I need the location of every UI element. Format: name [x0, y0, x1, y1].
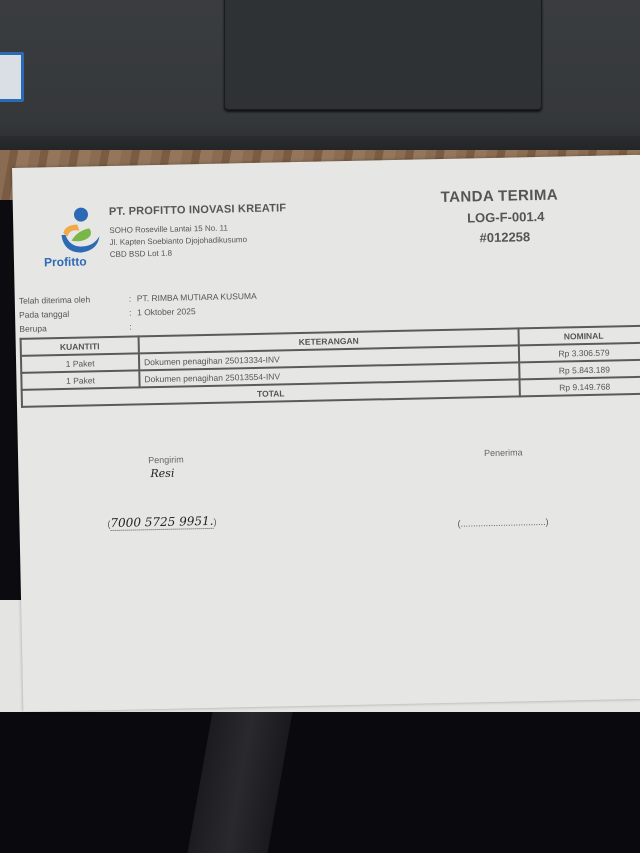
form-code: LOG-F-001.4 — [467, 209, 545, 226]
total-amount: Rp 9.149.768 — [520, 377, 640, 397]
address-line-3: CBD BSD Lot 1.8 — [110, 249, 172, 259]
address-line-1: SOHO Roseville Lantai 15 No. 11 — [109, 223, 228, 234]
received-by-label: Telah diterima oleh — [19, 294, 91, 305]
dark-surface — [0, 712, 640, 853]
sender-tracking-number: 7000 5725 9951. — [110, 514, 213, 531]
items-table: KUANTITI KETERANGAN NOMINAL 1 Paket Doku… — [20, 325, 640, 408]
receipt-document: Profitto PT. PROFITTO INOVASI KREATIF SO… — [12, 155, 640, 712]
cpu-sticker — [0, 52, 24, 102]
laptop-trackpad — [224, 0, 542, 110]
receiver-signature-line: (..................................) — [457, 517, 548, 529]
form-label: Berupa — [19, 323, 47, 334]
laptop-palmrest — [0, 0, 640, 150]
date-value: 1 Oktober 2025 — [137, 306, 196, 317]
sender-handwritten-note: Resi — [150, 467, 174, 480]
colon: : — [129, 294, 132, 304]
address-line-2: Jl. Kapten Soebianto Djojohadikusumo — [109, 235, 247, 247]
date-label: Pada tanggal — [19, 309, 69, 320]
colon: : — [129, 322, 132, 332]
document-number: #012258 — [479, 229, 530, 245]
colon: : — [129, 308, 132, 318]
company-name: PT. PROFITTO INOVASI KREATIF — [109, 202, 287, 218]
received-by-value: PT. RIMBA MUTIARA KUSUMA — [137, 291, 257, 304]
paren-close: ) — [213, 517, 216, 527]
logo-text: Profitto — [44, 254, 87, 269]
sender-signature-line: (7000 5725 9951.) — [107, 512, 216, 532]
document-title: TANDA TERIMA — [441, 187, 559, 206]
sender-label: Pengirim — [148, 454, 184, 465]
receiver-label: Penerima — [484, 447, 523, 458]
